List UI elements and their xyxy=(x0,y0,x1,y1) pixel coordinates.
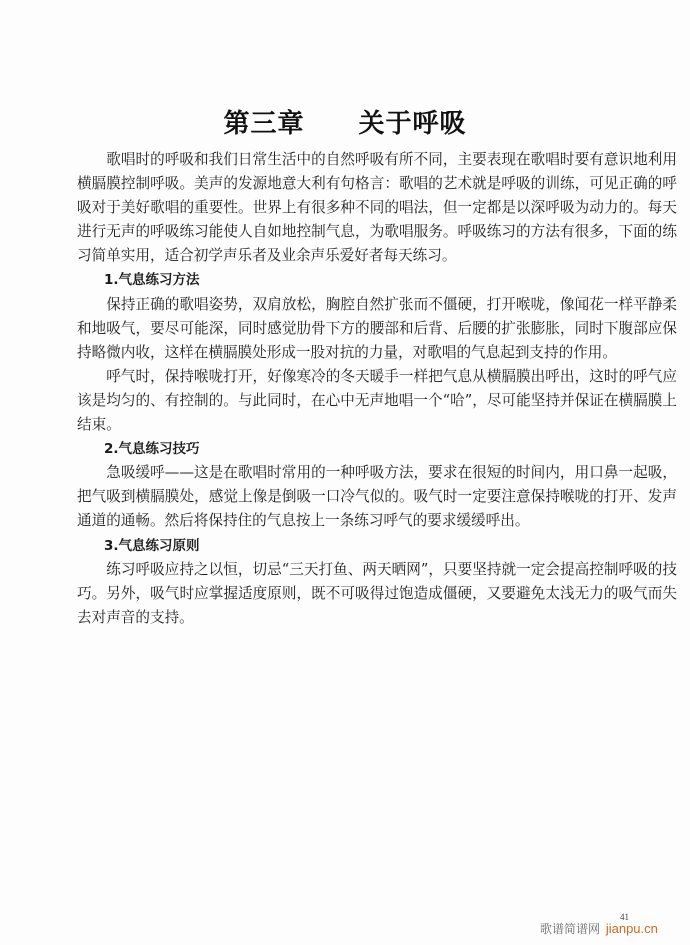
intro-paragraph: 歌唱时的呼吸和我们日常生活中的自然呼吸有所不同，主要表现在歌唱时要有意识地利用横… xyxy=(77,148,677,268)
chapter-title: 第三章 关于呼吸 xyxy=(0,103,690,140)
watermark-site-name: 歌谱简谱网 xyxy=(540,922,600,936)
watermark: 歌谱简谱网 jianpu.cn xyxy=(540,920,658,937)
section-1-paragraph-1: 保持正确的歌唱姿势，双肩放松，胸腔自然扩张而不僵硬，打开喉咙，像闻花一样平静柔和… xyxy=(77,293,677,365)
section-1-paragraph-2: 呼气时，保持喉咙打开，好像寒冷的冬天暖手一样把气息从横膈膜出呼出，这时的呼气应该… xyxy=(77,365,677,437)
section-2-paragraph-1: 急吸缓呼——这是在歌唱时常用的一种呼吸方法，要求在很短的时间内，用口鼻一起吸，把… xyxy=(77,461,677,533)
section-3-paragraph-1: 练习呼吸应持之以恒，切忌“三天打鱼、两天晒网”，只要坚持就一定会提高控制呼吸的技… xyxy=(77,558,677,630)
section-heading-2: 2.气息练习技巧 xyxy=(77,437,677,461)
chapter-body: 歌唱时的呼吸和我们日常生活中的自然呼吸有所不同，主要表现在歌唱时要有意识地利用横… xyxy=(77,148,677,630)
document-page: 第三章 关于呼吸 歌唱时的呼吸和我们日常生活中的自然呼吸有所不同，主要表现在歌唱… xyxy=(0,0,690,945)
section-heading-1: 1.气息练习方法 xyxy=(77,268,677,292)
section-heading-3: 3.气息练习原则 xyxy=(77,534,677,558)
watermark-domain: jianpu.cn xyxy=(606,921,658,936)
